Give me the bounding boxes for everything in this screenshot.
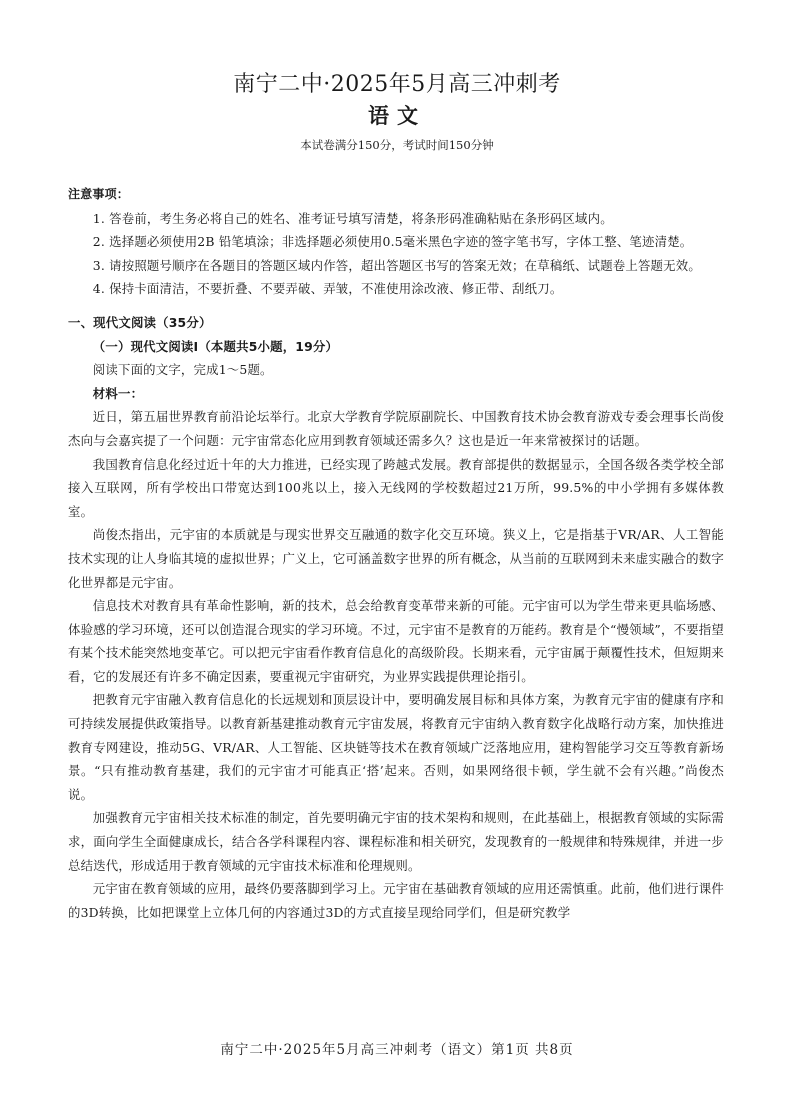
notice-item: 2. 选择题必须使用2B 铅笔填涂；非选择题必须使用0.5毫米黑色字迹的签字笔书…	[68, 230, 724, 254]
subject-title: 语文	[0, 102, 794, 130]
reading-instruction: 阅读下面的文字，完成1～5题。	[68, 358, 724, 382]
paragraph: 信息技术对教育具有革命性影响，新的技术，总会给教育变革带来新的可能。元宇宙可以为…	[68, 594, 724, 688]
paragraph: 把教育元宇宙融入教育信息化的长远规划和顶层设计中，要明确发展目标和具体方案，为教…	[68, 688, 724, 806]
document-body: 注意事项： 1. 答卷前，考生务必将自己的姓名、准考证号填写清楚，将条形码准确粘…	[68, 183, 724, 924]
notice-heading: 注意事项：	[68, 183, 724, 207]
notice-item: 4. 保持卡面清洁，不要折叠、不要弄破、弄皱，不准使用涂改液、修正带、刮纸刀。	[68, 277, 724, 301]
section-heading: 一、现代文阅读（35分）	[68, 311, 724, 335]
paragraph: 我国教育信息化经过近十年的大力推进，已经实现了跨越式发展。教育部提供的数据显示，…	[68, 453, 724, 524]
paragraph: 加强教育元宇宙相关技术标准的制定，首先要明确元宇宙的技术架构和规则，在此基础上，…	[68, 806, 724, 877]
exam-page: 南宁二中·2025年5月高三冲刺考 语文 本试卷满分150分，考试时间150分钟…	[0, 0, 794, 1097]
material-label: 材料一：	[68, 382, 724, 406]
subsection-heading: （一）现代文阅读Ⅰ（本题共5小题，19分）	[68, 335, 724, 359]
paragraph: 尚俊杰指出，元宇宙的本质就是与现实世界交互融通的数字化交互环境。狭义上，它是指基…	[68, 523, 724, 594]
notice-item: 3. 请按照题号顺序在各题目的答题区域内作答，超出答题区书写的答案无效；在草稿纸…	[68, 254, 724, 278]
paragraph: 元宇宙在教育领域的应用，最终仍要落脚到学习上。元宇宙在基础教育领域的应用还需慎重…	[68, 877, 724, 924]
page-footer: 南宁二中·2025年5月高三冲刺考（语文）第1页 共8页	[0, 1040, 794, 1060]
paragraph: 近日，第五届世界教育前沿论坛举行。北京大学教育学院原副院长、中国教育技术协会教育…	[68, 405, 724, 452]
score-time-info: 本试卷满分150分，考试时间150分钟	[0, 137, 794, 153]
notice-item: 1. 答卷前，考生务必将自己的姓名、准考证号填写清楚，将条形码准确粘贴在条形码区…	[68, 207, 724, 231]
exam-title: 南宁二中·2025年5月高三冲刺考	[0, 70, 794, 100]
